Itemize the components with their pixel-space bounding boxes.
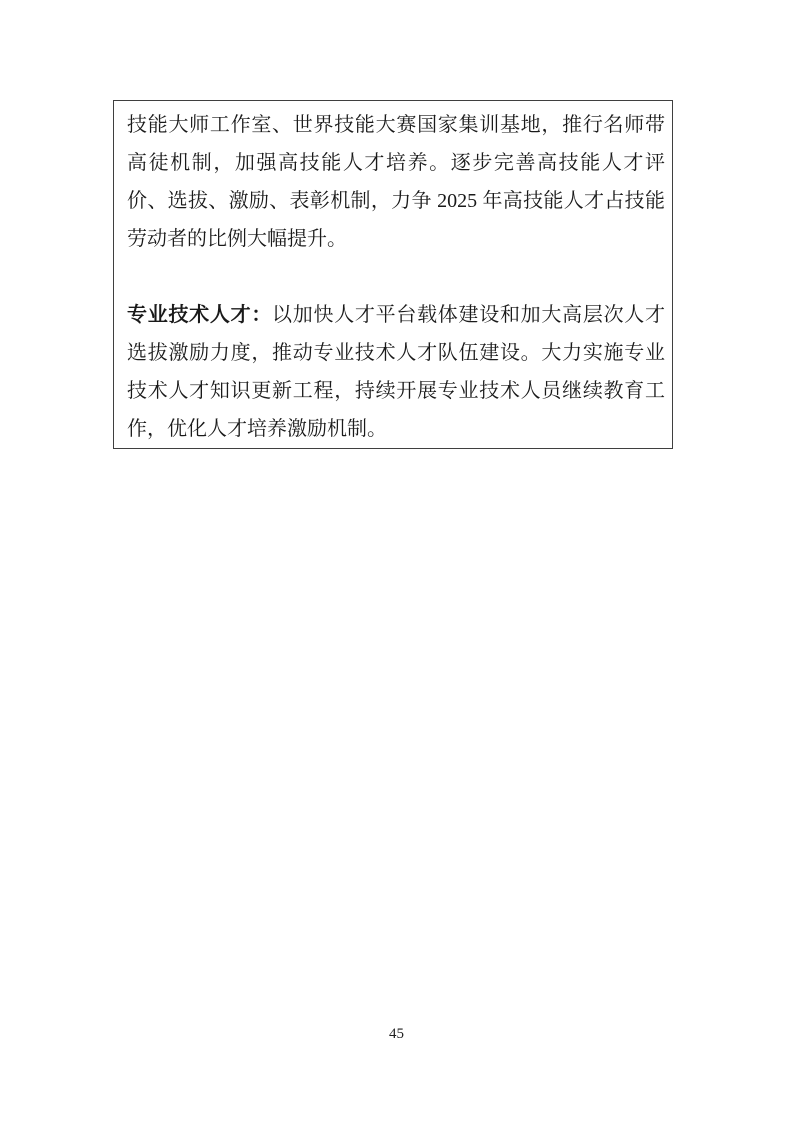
paragraph-2-lead: 专业技术人才： <box>127 304 272 326</box>
paragraph-1: 技能大师工作室、世界技能大赛国家集训基地，推行名师带高徒机制，加强高技能人才培养… <box>127 106 665 258</box>
text-box: 技能大师工作室、世界技能大赛国家集训基地，推行名师带高徒机制，加强高技能人才培养… <box>113 100 673 449</box>
document-page: 技能大师工作室、世界技能大赛国家集训基地，推行名师带高徒机制，加强高技能人才培养… <box>0 0 793 1122</box>
page-number: 45 <box>0 1026 793 1043</box>
paragraph-2: 专业技术人才：以加快人才平台载体建设和加大高层次人才选拔激励力度，推动专业技术人… <box>127 296 665 448</box>
paragraph-1-body: 技能大师工作室、世界技能大赛国家集训基地，推行名师带高徒机制，加强高技能人才培养… <box>127 114 665 250</box>
